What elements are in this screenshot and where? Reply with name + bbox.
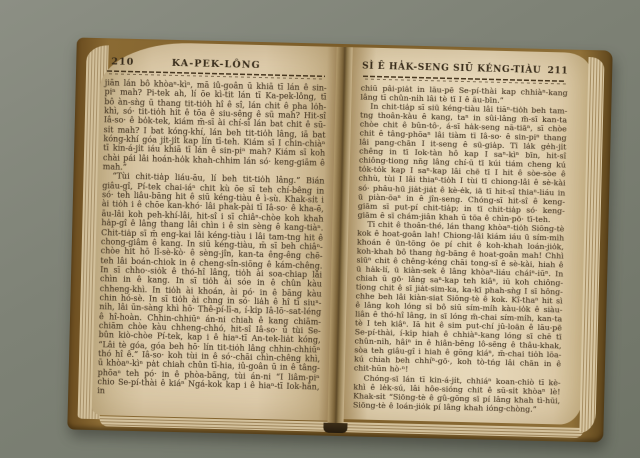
body-paragraph: In chit-tia̍p sī siū kéng-tiàu lâi tiāⁿ-… bbox=[358, 102, 568, 225]
left-page: 210 KA-PEK-LÔNG jiān lán bô khòaⁿ-kìⁿ, m… bbox=[92, 41, 337, 421]
right-page-number: 211 bbox=[547, 65, 568, 78]
body-paragraph: Chóng-sī lán tī kin-á-ji̍t, chhiáⁿ koan-… bbox=[353, 373, 561, 414]
gutter-shadow bbox=[323, 423, 347, 434]
right-page-surface: SÌ Ê HA̍K-SENG SIŪ KÉNG-TIÀU 211 chiū pâ… bbox=[344, 47, 591, 425]
right-page-body: chiū pâi-pia̍t in lāu-pē Se-pí-thài kap … bbox=[353, 83, 568, 414]
page-block: 210 KA-PEK-LÔNG jiān lán bô khòaⁿ-kìⁿ, m… bbox=[78, 41, 605, 430]
body-paragraph: “Tùi chit-tia̍p liáu-āu, lí beh tit-tio̍… bbox=[97, 172, 324, 402]
open-book: 210 KA-PEK-LÔNG jiān lán bô khòaⁿ-kìⁿ, m… bbox=[67, 38, 612, 443]
body-paragraph: Tī chit ê thoân-thé, lán thang khòaⁿ-tio… bbox=[354, 219, 565, 378]
left-page-body: jiān lán bô khòaⁿ-kìⁿ, mā iû-goân ū khiā… bbox=[97, 78, 327, 413]
left-page-surface: 210 KA-PEK-LÔNG jiān lán bô khòaⁿ-kìⁿ, m… bbox=[92, 41, 337, 421]
book-photo-background: 210 KA-PEK-LÔNG jiān lán bô khòaⁿ-kìⁿ, m… bbox=[0, 0, 640, 458]
body-paragraph: jiān lán bô khòaⁿ-kìⁿ, mā iû-goân ū khiā… bbox=[103, 78, 327, 177]
right-page: SÌ Ê HA̍K-SENG SIŪ KÉNG-TIÀU 211 chiū pâ… bbox=[344, 47, 591, 425]
